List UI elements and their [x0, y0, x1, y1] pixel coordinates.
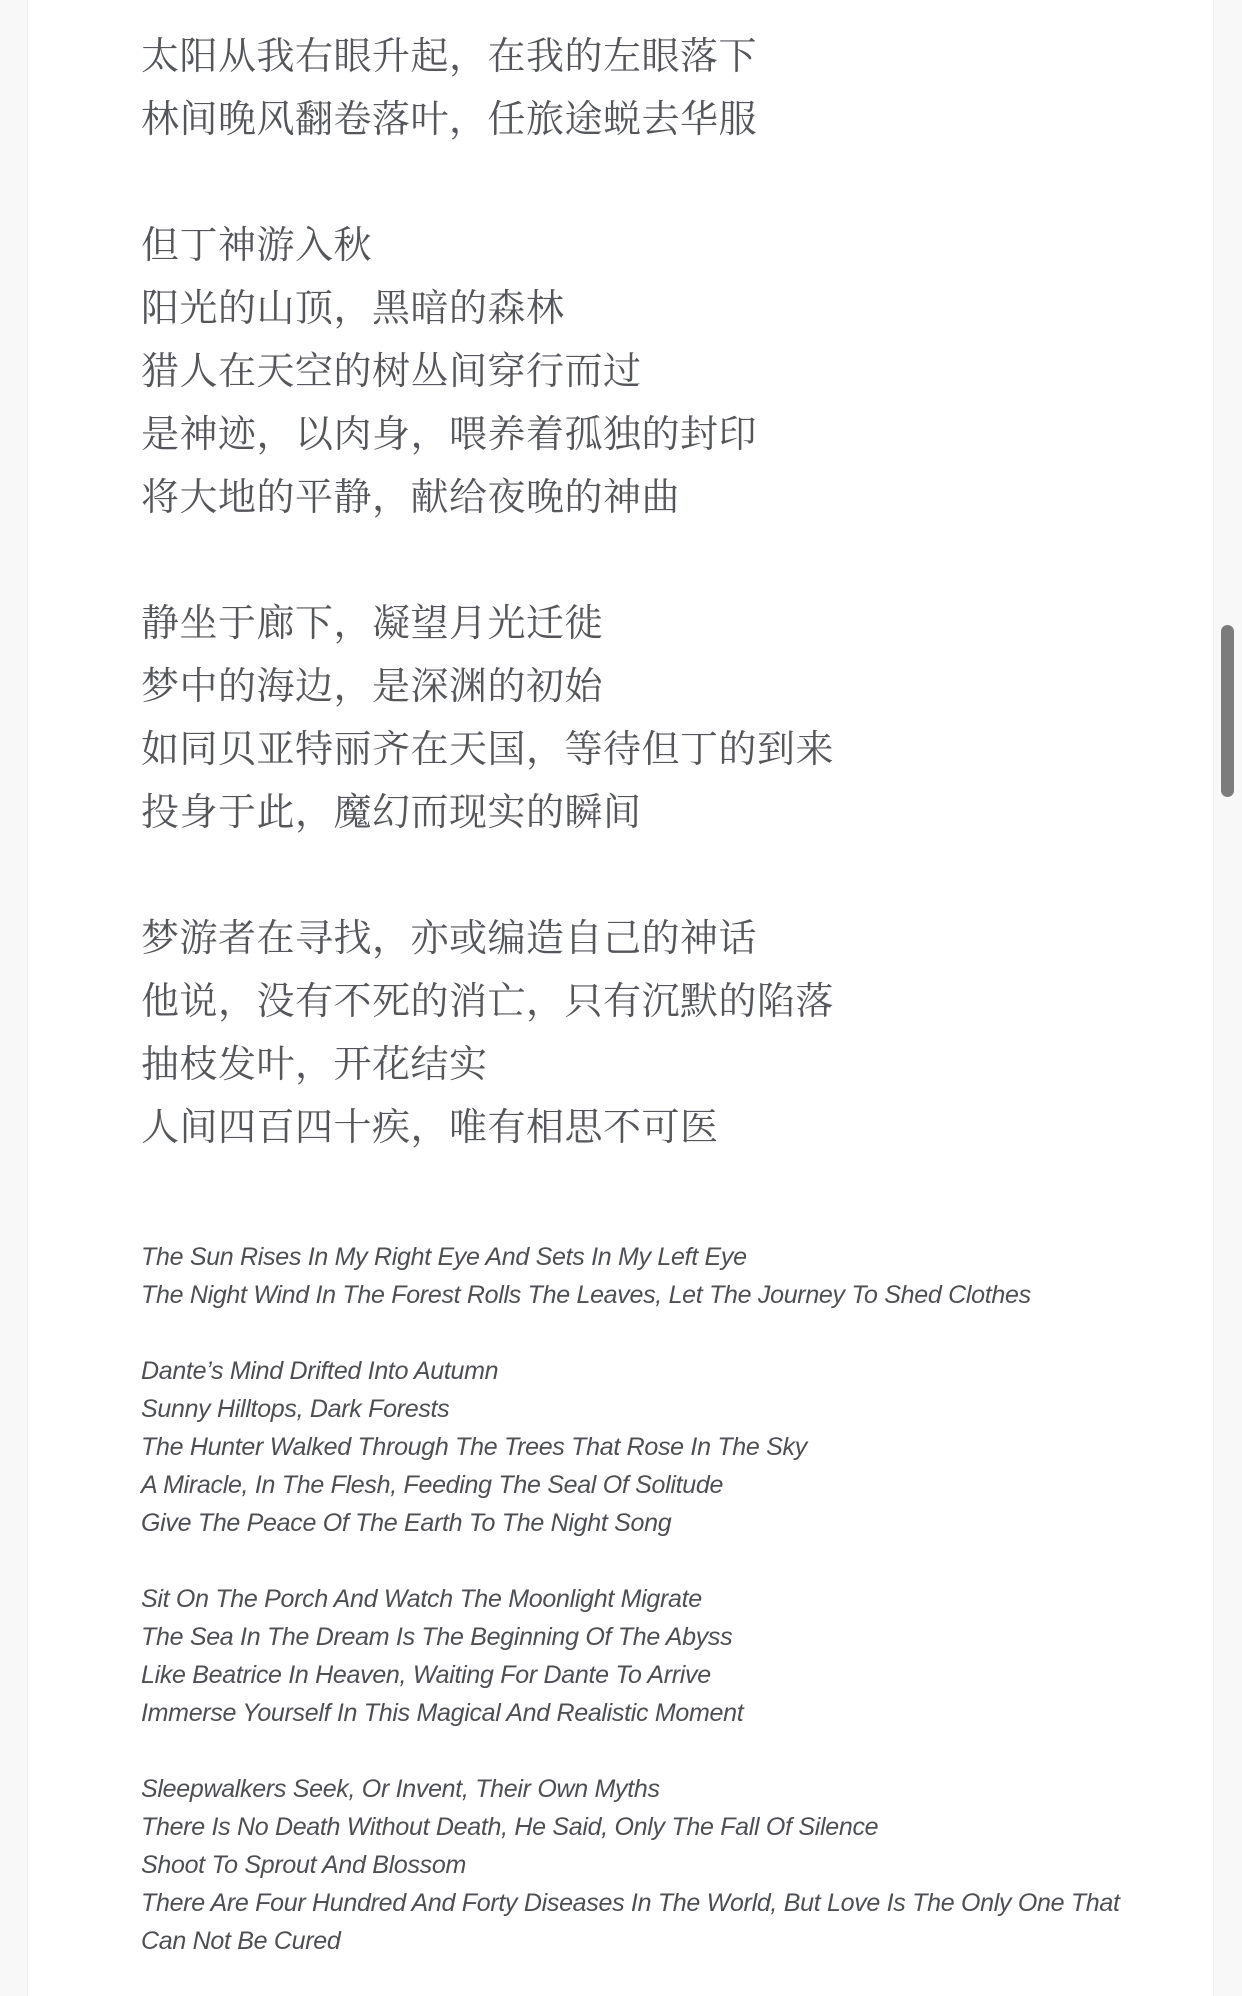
en-stanza-2: Dante’s Mind Drifted Into Autumn Sunny H… [141, 1352, 1181, 1542]
en-stanza-1: The Sun Rises In My Right Eye And Sets I… [141, 1238, 1181, 1314]
cn-stanza-1: 太阳从我右眼升起，在我的左眼落下 林间晚风翻卷落叶，任旅途蜕去华服 [141, 26, 1181, 152]
scrollbar-thumb[interactable] [1221, 625, 1234, 797]
cn-stanza-3: 静坐于廊下，凝望月光迁徙 梦中的海边，是深渊的初始 如同贝亚特丽齐在天国，等待但… [141, 593, 1181, 845]
lyric-line-en: The Sun Rises In My Right Eye And Sets I… [141, 1238, 1181, 1276]
lyric-line-cn: 猎人在天空的树丛间穿行而过 [141, 341, 1181, 404]
lyric-line-cn: 投身于此，魔幻而现实的瞬间 [141, 782, 1181, 845]
lyric-line-en: A Miracle, In The Flesh, Feeding The Sea… [141, 1466, 1181, 1504]
lyric-line-cn: 静坐于廊下，凝望月光迁徙 [141, 593, 1181, 656]
lyric-line-en: Can Not Be Cured [141, 1922, 1181, 1960]
lyric-line-cn: 人间四百四十疾，唯有相思不可医 [141, 1097, 1181, 1160]
lyric-line-en: Sit On The Porch And Watch The Moonlight… [141, 1580, 1181, 1618]
lyric-line-en: Like Beatrice In Heaven, Waiting For Dan… [141, 1656, 1181, 1694]
lyric-line-cn: 抽枝发叶，开花结实 [141, 1034, 1181, 1097]
cn-stanza-4: 梦游者在寻找，亦或编造自己的神话 他说，没有不死的消亡，只有沉默的陷落 抽枝发叶… [141, 908, 1181, 1160]
scrollbar-track[interactable] [1213, 0, 1242, 1996]
lyric-line-cn: 将大地的平静，献给夜晚的神曲 [141, 467, 1181, 530]
en-stanza-3: Sit On The Porch And Watch The Moonlight… [141, 1580, 1181, 1732]
english-translation: The Sun Rises In My Right Eye And Sets I… [141, 1238, 1181, 1960]
lyric-line-en: Give The Peace Of The Earth To The Night… [141, 1504, 1181, 1542]
lyric-line-en: The Night Wind In The Forest Rolls The L… [141, 1276, 1181, 1314]
lyric-line-en: Shoot To Sprout And Blossom [141, 1846, 1181, 1884]
lyric-line-en: Dante’s Mind Drifted Into Autumn [141, 1352, 1181, 1390]
lyric-line-cn: 他说，没有不死的消亡，只有沉默的陷落 [141, 971, 1181, 1034]
lyric-line-cn: 梦游者在寻找，亦或编造自己的神话 [141, 908, 1181, 971]
lyric-line-cn: 林间晚风翻卷落叶，任旅途蜕去华服 [141, 89, 1181, 152]
lyric-line-cn: 如同贝亚特丽齐在天国，等待但丁的到来 [141, 719, 1181, 782]
lyric-line-cn: 阳光的山顶，黑暗的森林 [141, 278, 1181, 341]
lyric-line-en: The Hunter Walked Through The Trees That… [141, 1428, 1181, 1466]
lyric-line-en: The Sea In The Dream Is The Beginning Of… [141, 1618, 1181, 1656]
cn-stanza-2: 但丁神游入秋 阳光的山顶，黑暗的森林 猎人在天空的树丛间穿行而过 是神迹，以肉身… [141, 215, 1181, 530]
lyric-line-en: Sleepwalkers Seek, Or Invent, Their Own … [141, 1770, 1181, 1808]
en-stanza-4: Sleepwalkers Seek, Or Invent, Their Own … [141, 1770, 1181, 1960]
lyric-line-en: There Is No Death Without Death, He Said… [141, 1808, 1181, 1846]
lyric-line-cn: 但丁神游入秋 [141, 215, 1181, 278]
lyrics-content: 太阳从我右眼升起，在我的左眼落下 林间晚风翻卷落叶，任旅途蜕去华服 但丁神游入秋… [141, 26, 1181, 1960]
lyric-line-cn: 是神迹，以肉身，喂养着孤独的封印 [141, 404, 1181, 467]
lyric-line-cn: 梦中的海边，是深渊的初始 [141, 656, 1181, 719]
lyric-line-en: Immerse Yourself In This Magical And Rea… [141, 1694, 1181, 1732]
chinese-lyrics: 太阳从我右眼升起，在我的左眼落下 林间晚风翻卷落叶，任旅途蜕去华服 但丁神游入秋… [141, 26, 1181, 1160]
lyric-line-cn: 太阳从我右眼升起，在我的左眼落下 [141, 26, 1181, 89]
lyric-line-en: Sunny Hilltops, Dark Forests [141, 1390, 1181, 1428]
left-gutter [0, 0, 28, 1996]
lyric-line-en: There Are Four Hundred And Forty Disease… [141, 1884, 1181, 1922]
